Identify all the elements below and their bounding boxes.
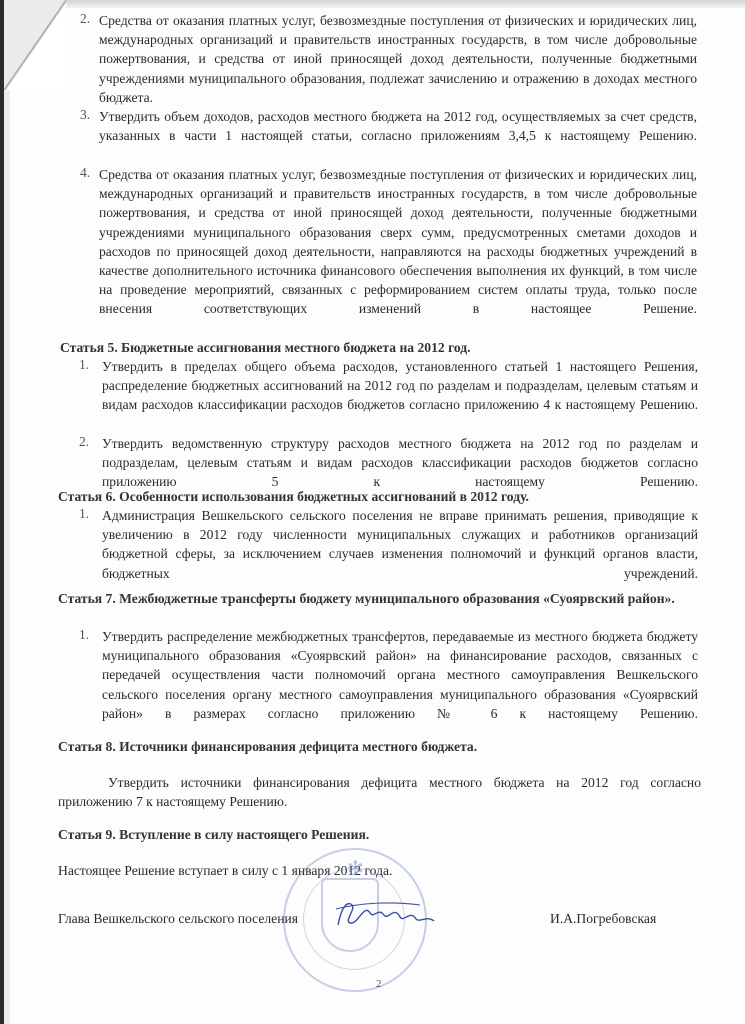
article-7-heading: Статья 7. Межбюджетные трансферты бюджет… <box>58 589 701 608</box>
list-item-text: Утвердить в пределах общего объема расхо… <box>102 357 698 434</box>
handwritten-signature-icon <box>330 895 440 935</box>
article-8-text: Утвердить источники финансирования дефиц… <box>58 773 701 811</box>
list-number: 1. <box>79 627 89 643</box>
list-item-text: Администрация Вешкельского сельского пос… <box>102 506 698 583</box>
list-item-text: Утвердить объем доходов, расходов местно… <box>99 107 697 165</box>
article-5-heading: Статья 5. Бюджетные ассигнования местног… <box>60 338 700 357</box>
page-number: 2 <box>376 978 382 990</box>
article-9-heading: Статья 9. Вступление в силу настоящего Р… <box>58 825 698 844</box>
article-6-heading: Статья 6. Особенности использования бюдж… <box>58 487 698 506</box>
list-number: 4. <box>80 165 90 181</box>
document-page: 2. Средства от оказания платных услуг, б… <box>0 0 745 1024</box>
list-item-text: Утвердить ведомственную структуру расход… <box>102 434 698 492</box>
list-number: 3. <box>80 107 90 123</box>
list-number: 2. <box>80 11 90 27</box>
list-number: 1. <box>79 506 89 522</box>
list-item-text: Утвердить распределение межбюджетных тра… <box>102 627 698 723</box>
list-item-text: Средства от оказания платных услуг, безв… <box>99 11 697 107</box>
list-item-text: Средства от оказания платных услуг, безв… <box>99 165 697 321</box>
signatory-name: И.А.Погребовская <box>550 909 700 928</box>
star-icon: ✻ <box>347 856 364 881</box>
signatory-title: Глава Вешкельского сельского поселения <box>58 909 358 928</box>
list-number: 2. <box>79 434 89 450</box>
list-number: 1. <box>79 357 89 373</box>
article-8-heading: Статья 8. Источники финансирования дефиц… <box>58 737 698 756</box>
